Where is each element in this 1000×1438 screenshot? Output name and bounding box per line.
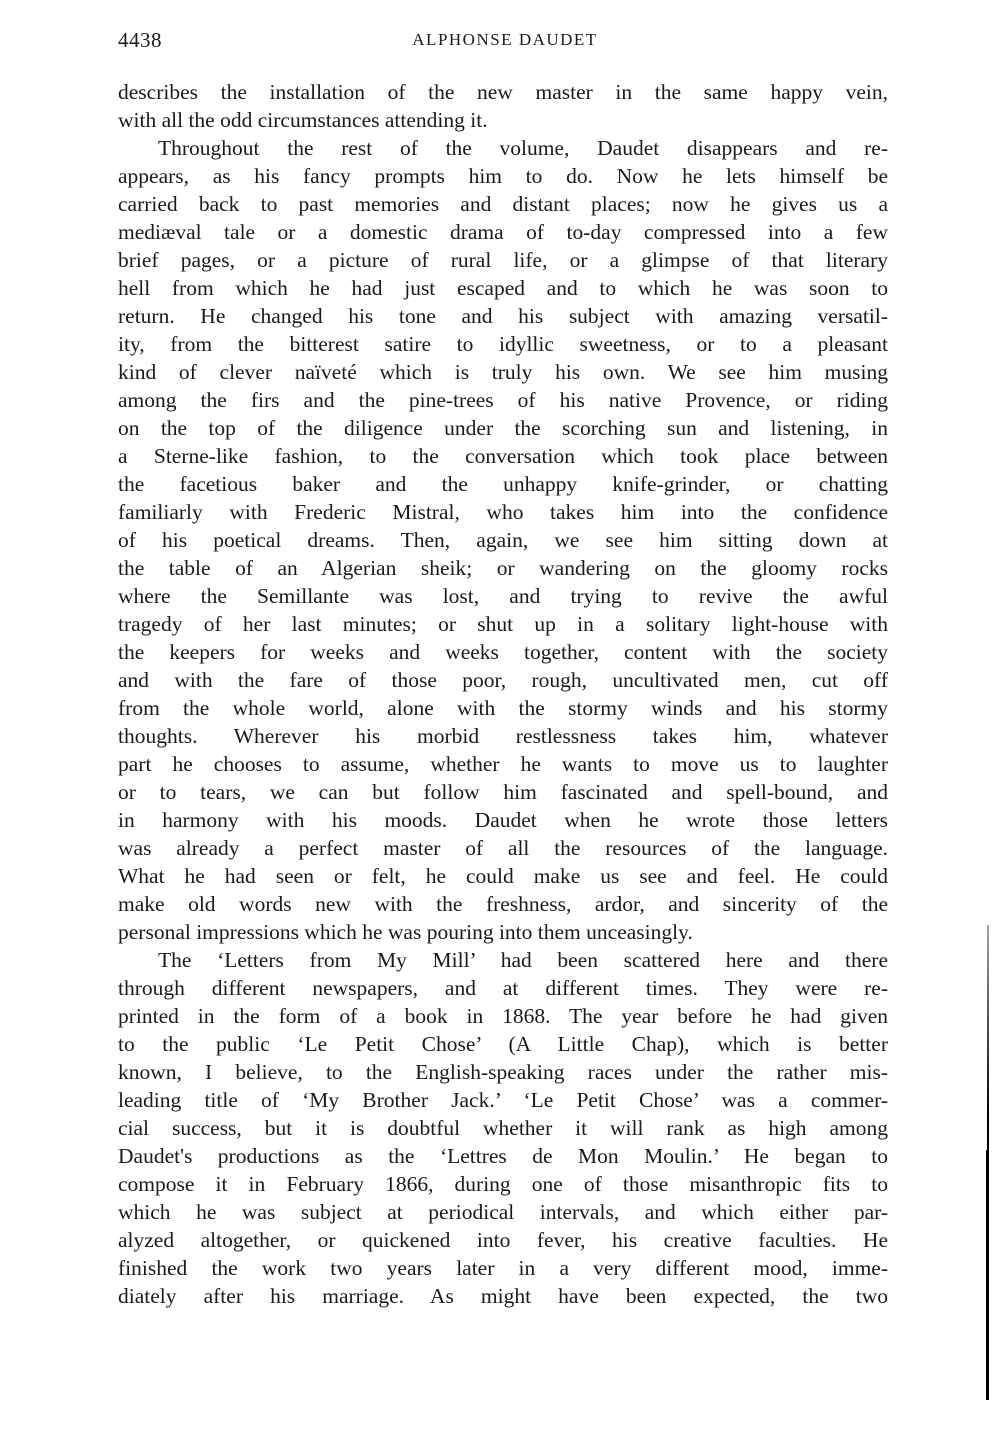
text-line: appears, as his fancy prompts him to do.… (118, 162, 888, 190)
text-line: on the top of the diligence under the sc… (118, 414, 888, 442)
text-line: a Sterne-like fashion, to the conversati… (118, 442, 888, 470)
text-line: with all the odd circumstances attending… (118, 106, 888, 134)
text-line: part he chooses to assume, whether he wa… (118, 750, 888, 778)
text-line: where the Semillante was lost, and tryin… (118, 582, 888, 610)
text-line: alyzed altogether, or quickened into fev… (118, 1226, 888, 1254)
text-line: Throughout the rest of the volume, Daude… (118, 134, 888, 162)
text-line: Daudet's productions as the ‘Lettres de … (118, 1142, 888, 1170)
text-line: leading title of ‘My Brother Jack.’ ‘Le … (118, 1086, 888, 1114)
text-line: known, I believe, to the English-speakin… (118, 1058, 888, 1086)
text-line: and with the fare of those poor, rough, … (118, 666, 888, 694)
text-line: among the firs and the pine-trees of his… (118, 386, 888, 414)
text-line: brief pages, or a picture of rural life,… (118, 246, 888, 274)
text-line: which he was subject at periodical inter… (118, 1198, 888, 1226)
text-line: What he had seen or felt, he could make … (118, 862, 888, 890)
text-line: mediæval tale or a domestic drama of to-… (118, 218, 888, 246)
text-line: ity, from the bitterest satire to idylli… (118, 330, 888, 358)
text-line: make old words new with the freshness, a… (118, 890, 888, 918)
paragraph: describes the installation of the new ma… (118, 78, 888, 134)
text-line: compose it in February 1866, during one … (118, 1170, 888, 1198)
text-line: kind of clever naïveté which is truly hi… (118, 358, 888, 386)
text-line: the table of an Algerian sheik; or wande… (118, 554, 888, 582)
paragraph: The ‘Letters from My Mill’ had been scat… (118, 946, 888, 1310)
text-line: thoughts. Wherever his morbid restlessne… (118, 722, 888, 750)
text-line: to the public ‘Le Petit Chose’ (A Little… (118, 1030, 888, 1058)
text-line: through different newspapers, and at dif… (118, 974, 888, 1002)
text-line: finished the work two years later in a v… (118, 1254, 888, 1282)
running-head: ALPHONSE DAUDET (0, 30, 1000, 50)
text-line: personal impressions which he was pourin… (118, 918, 888, 946)
text-line: describes the installation of the new ma… (118, 78, 888, 106)
text-line: The ‘Letters from My Mill’ had been scat… (118, 946, 888, 974)
body-text: describes the installation of the new ma… (118, 78, 888, 1310)
text-line: carried back to past memories and distan… (118, 190, 888, 218)
text-line: cial success, but it is doubtful whether… (118, 1114, 888, 1142)
text-line: or to tears, we can but follow him fasci… (118, 778, 888, 806)
text-line: in harmony with his moods. Daudet when h… (118, 806, 888, 834)
text-line: the facetious baker and the unhappy knif… (118, 470, 888, 498)
text-line: return. He changed his tone and his subj… (118, 302, 888, 330)
text-line: of his poetical dreams. Then, again, we … (118, 526, 888, 554)
scan-edge-line-thick (986, 1150, 989, 1400)
text-line: hell from which he had just escaped and … (118, 274, 888, 302)
text-line: from the whole world, alone with the sto… (118, 694, 888, 722)
paragraph: Throughout the rest of the volume, Daude… (118, 134, 888, 946)
text-line: was already a perfect master of all the … (118, 834, 888, 862)
text-line: the keepers for weeks and weeks together… (118, 638, 888, 666)
text-line: printed in the form of a book in 1868. T… (118, 1002, 888, 1030)
text-line: diately after his marriage. As might hav… (118, 1282, 888, 1310)
text-line: tragedy of her last minutes; or shut up … (118, 610, 888, 638)
text-line: familiarly with Frederic Mistral, who ta… (118, 498, 888, 526)
